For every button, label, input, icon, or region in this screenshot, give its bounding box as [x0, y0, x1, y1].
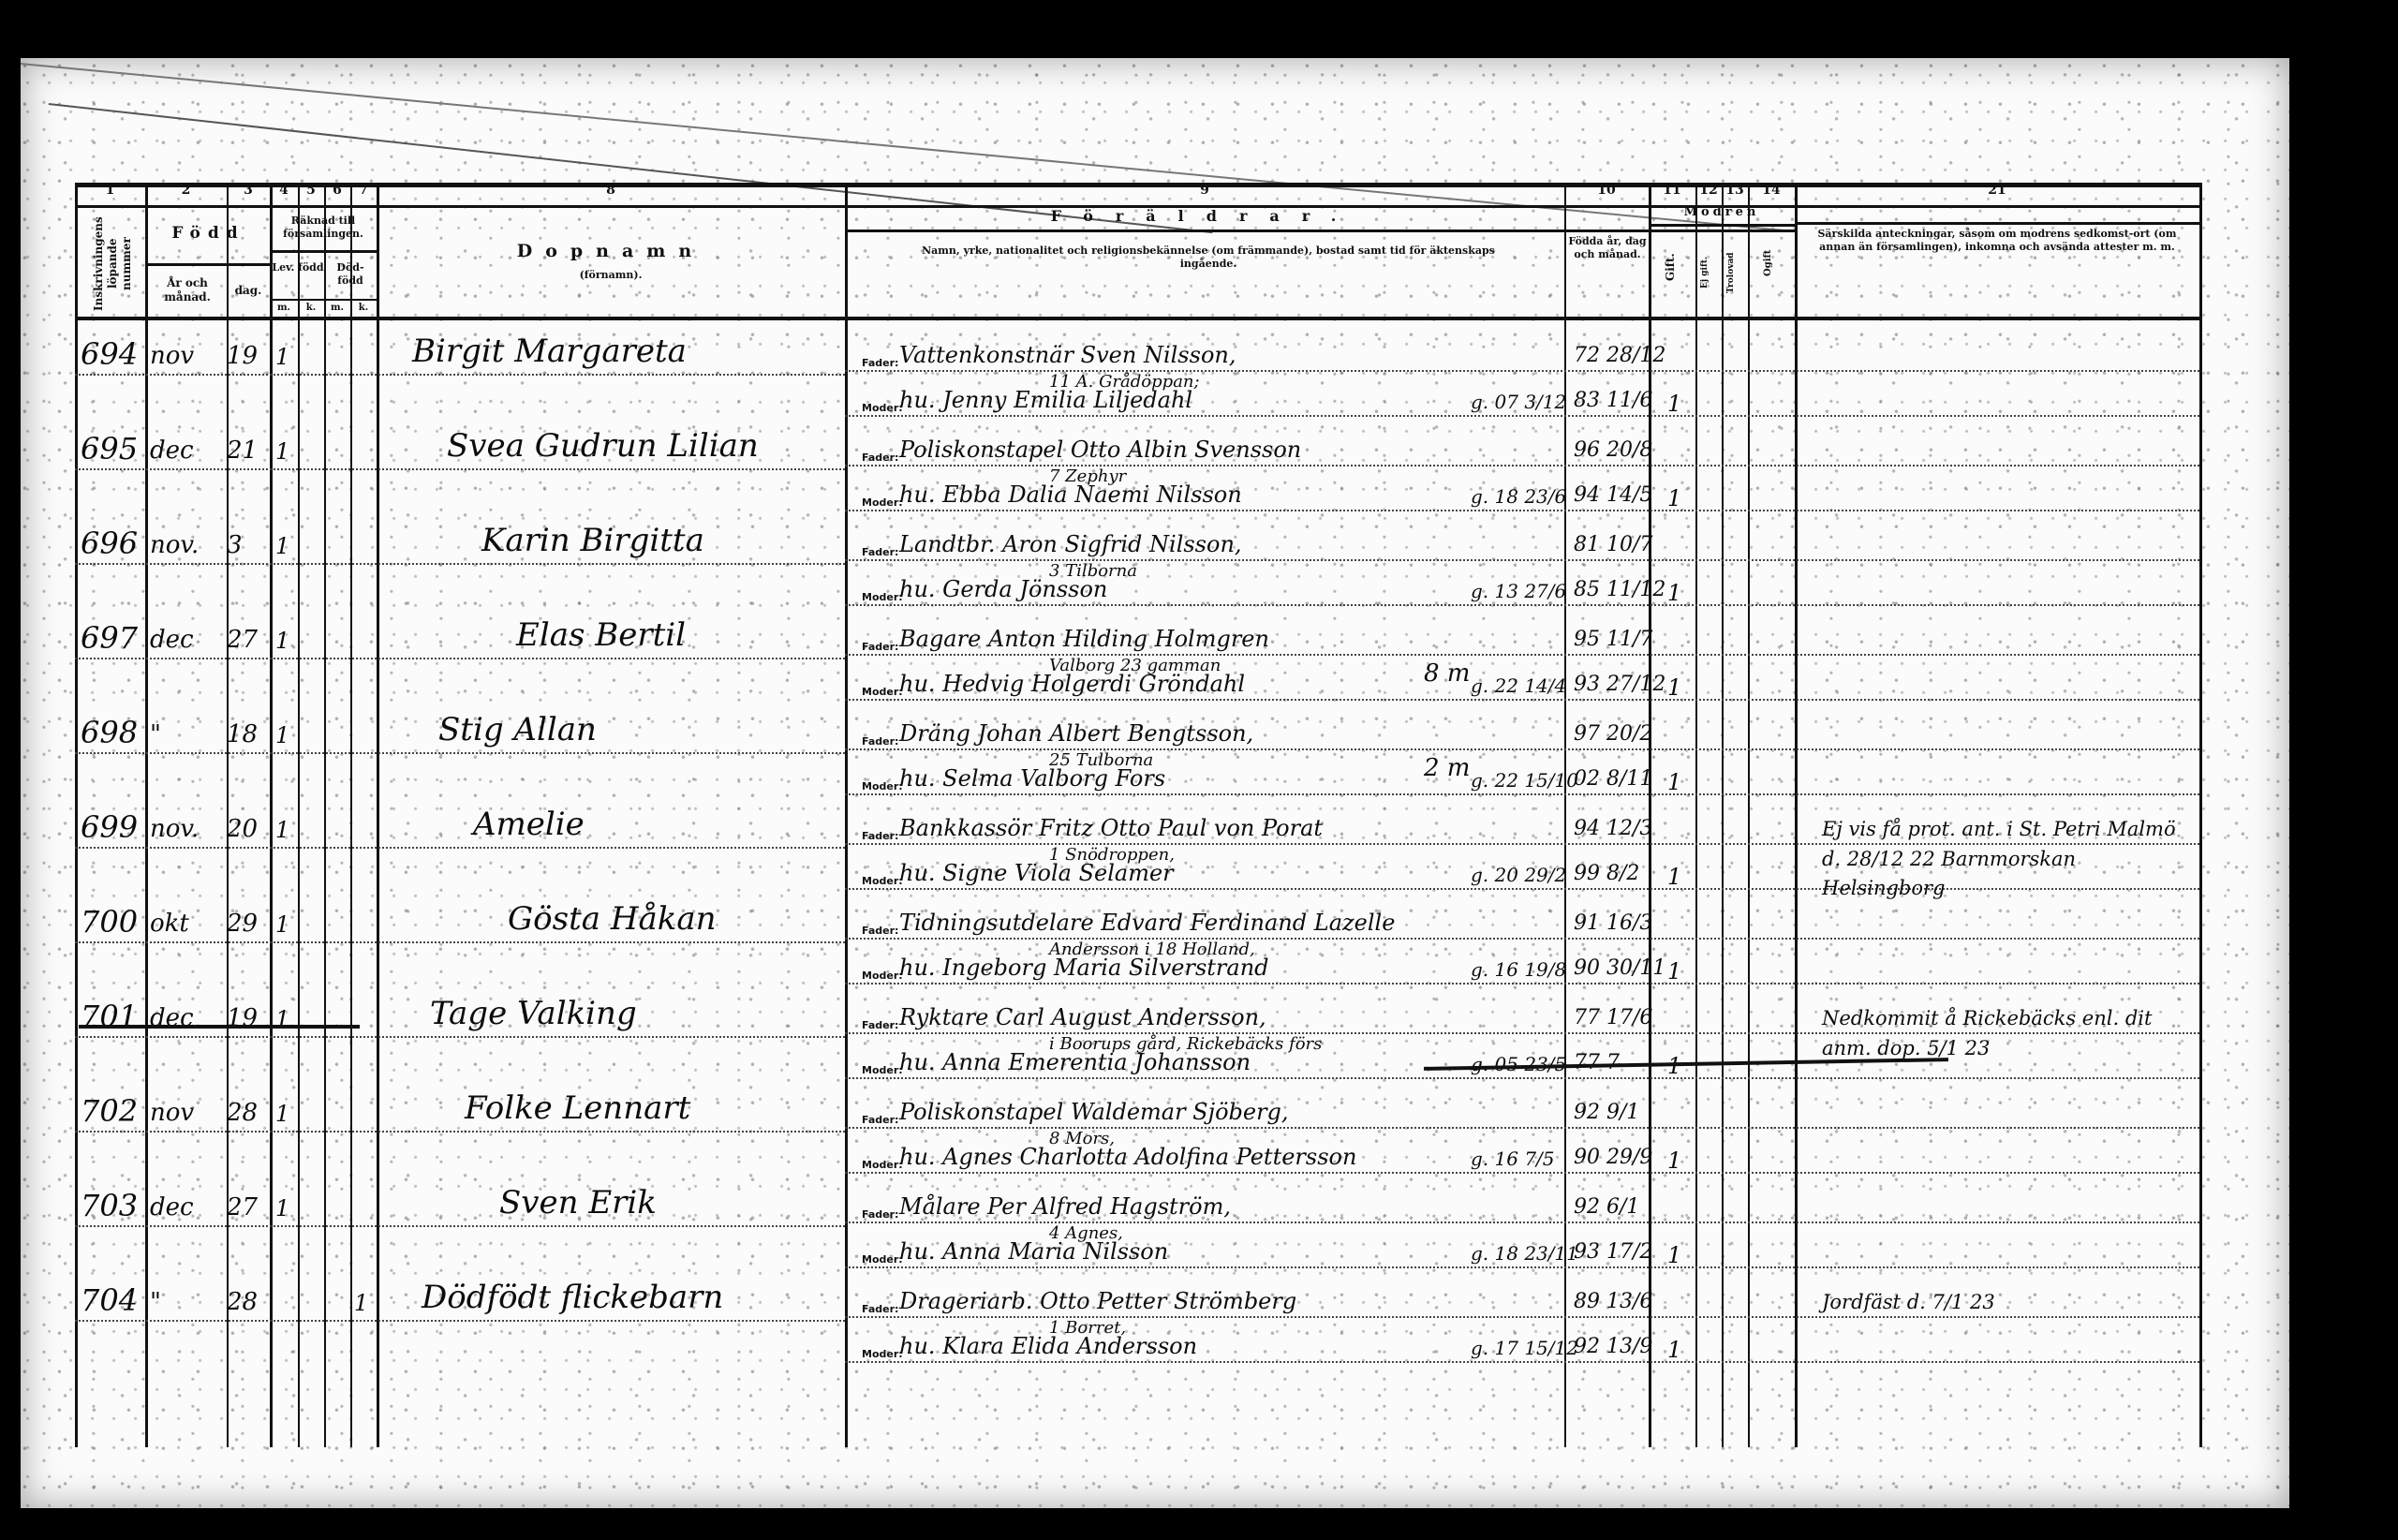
counted-mark: 1 — [275, 911, 289, 938]
entry-number: 700 — [81, 904, 138, 940]
father-baseline — [845, 748, 2199, 750]
col-number: 11 — [1649, 183, 1695, 205]
birth-month: nov — [150, 1099, 194, 1127]
marriage-date: g. 22 14/4 — [1471, 674, 1566, 697]
marriage-date: g. 18 23/11 — [1471, 1242, 1578, 1265]
col-number: 2 — [145, 183, 227, 205]
birth-day: 20 — [227, 815, 258, 843]
header-m: m. — [270, 303, 298, 315]
counted-mark: 1 — [275, 438, 289, 465]
birth-day: 27 — [227, 1193, 258, 1222]
header-subrule — [1795, 222, 2199, 225]
header-bottom-rule — [75, 317, 2201, 320]
father-entry: Ryktare Carl August Andersson, — [899, 1004, 1266, 1030]
counted-mark: 1 — [275, 722, 289, 748]
row-baseline — [75, 658, 845, 659]
father-born: 91 16/3 — [1574, 911, 1652, 935]
header-entry-number: Inskrivningens löpande nummer — [92, 215, 134, 313]
table-row: 702nov281Folke LennartFader:Poliskonstap… — [75, 1089, 2201, 1184]
mother-baseline — [845, 1172, 2199, 1174]
col-number: 1 — [75, 183, 145, 205]
given-names: Gösta Håkan — [508, 900, 717, 938]
birth-day: 18 — [227, 720, 258, 748]
mother-entry: hu. Signe Viola Selamer — [899, 860, 1174, 886]
father-entry: Bankkassör Fritz Otto Paul von Porat — [899, 815, 1323, 841]
birth-day: 19 — [227, 342, 258, 370]
mother-entry: hu. Selma Valborg Fors — [899, 765, 1165, 792]
birth-month: " — [150, 1288, 161, 1316]
given-names: Folke Lennart — [465, 1089, 690, 1127]
margin-mark: 8 m — [1424, 659, 1470, 688]
mother-label: Moder: — [862, 1348, 903, 1360]
mother-entry: hu. Jenny Emilia Liljedahl — [899, 387, 1192, 413]
mother-married-mark: 1 — [1667, 1337, 1681, 1363]
given-names: Amelie — [473, 806, 585, 843]
mother-entry: hu. Anna Maria Nilsson — [899, 1238, 1168, 1265]
header-dag: dag. — [227, 284, 270, 298]
father-baseline — [845, 938, 2199, 940]
father-entry: Bagare Anton Hilding Holmgren — [899, 626, 1269, 652]
mother-entry: hu. Gerda Jönsson — [899, 576, 1107, 602]
father-baseline — [845, 465, 2199, 466]
col-number: 10 — [1564, 183, 1649, 205]
header-k: k. — [350, 303, 377, 315]
mother-label: Moder: — [862, 970, 903, 982]
mother-born: 93 27/12 — [1574, 673, 1665, 696]
table-row: 704"281Dödfödt flickebarnFader:Drageriar… — [75, 1279, 2201, 1373]
entry-number: 699 — [81, 809, 138, 845]
table-row: 699nov.201AmelieFader:Bankkassör Fritz O… — [75, 806, 2201, 900]
mother-label: Moder: — [862, 1253, 903, 1266]
entry-number: 702 — [81, 1093, 138, 1129]
col-number: 7 — [350, 183, 377, 205]
header-m: m. — [324, 303, 350, 315]
header-dodfodd: Död- född — [324, 261, 377, 288]
row-baseline — [75, 941, 845, 943]
mother-baseline — [845, 1266, 2199, 1268]
father-entry: Landtbr. Aron Sigfrid Nilsson, — [899, 531, 1242, 557]
father-baseline — [845, 654, 2199, 656]
mother-baseline — [845, 793, 2199, 795]
header-fodd: Född — [145, 224, 272, 244]
marriage-date: g. 16 7/5 — [1471, 1148, 1555, 1170]
row-baseline — [75, 1225, 845, 1227]
marriage-date: g. 16 19/8 — [1471, 958, 1566, 981]
mother-married-mark: 1 — [1667, 769, 1681, 795]
counted-mark: 1 — [275, 533, 289, 559]
given-names: Dödfödt flickebarn — [422, 1279, 723, 1316]
entry-number: 697 — [81, 620, 138, 656]
mother-married-mark: 1 — [1667, 1242, 1681, 1268]
mother-entry: hu. Ingeborg Maria Silverstrand — [899, 955, 1269, 981]
mother-label: Moder: — [862, 1159, 903, 1171]
header-sarskilda: Särskilda anteckningar, såsom om modrens… — [1808, 228, 2186, 254]
birth-day: 28 — [227, 1099, 258, 1127]
header-gift: Gift. — [1664, 239, 1678, 295]
given-names: Birgit Margareta — [412, 333, 687, 370]
father-label: Fader: — [862, 830, 898, 842]
mother-label: Moder: — [862, 591, 903, 603]
birth-month: dec — [150, 437, 194, 465]
father-entry: Poliskonstapel Otto Albin Svensson — [899, 437, 1301, 463]
father-label: Fader: — [862, 1019, 898, 1031]
table-row: 700okt291Gösta HåkanFader:Tidningsutdela… — [75, 900, 2201, 995]
special-note: Jordfäst d. 7/1 23 — [1822, 1288, 2187, 1318]
counted-mark: 1 — [275, 817, 289, 843]
header-fodda: Födda år, dag och månad. — [1566, 235, 1649, 261]
father-born: 94 12/3 — [1574, 817, 1652, 840]
counted-mark: 1 — [275, 628, 289, 654]
strike-line — [79, 1025, 360, 1029]
father-born: 72 28/12 — [1574, 344, 1665, 367]
col-number: 3 — [227, 183, 270, 205]
mother-born: 93 17/2 — [1574, 1240, 1652, 1264]
entry-number: 696 — [81, 526, 138, 561]
mother-entry: hu. Hedvig Holgerdi Gröndahl — [899, 671, 1245, 697]
mother-married-mark: 1 — [1667, 580, 1681, 606]
table-row: 697dec271Elas BertilFader:Bagare Anton H… — [75, 616, 2201, 711]
given-names: Stig Allan — [438, 711, 597, 748]
mother-married-mark: 1 — [1667, 864, 1681, 890]
mother-born: 90 29/9 — [1574, 1146, 1652, 1169]
mother-born: 99 8/2 — [1574, 862, 1639, 885]
father-born: 92 6/1 — [1574, 1195, 1639, 1219]
birth-month: nov — [150, 342, 194, 370]
mother-married-mark: 1 — [1667, 958, 1681, 985]
col-number: 12 — [1695, 183, 1722, 205]
father-label: Fader: — [862, 452, 898, 464]
col-number: 6 — [324, 183, 350, 205]
marriage-date: g. 18 23/6 — [1471, 485, 1566, 508]
mother-baseline — [845, 604, 2199, 606]
entry-number: 703 — [81, 1188, 138, 1223]
mother-married-mark: 1 — [1667, 485, 1681, 511]
mother-born: 83 11/6 — [1574, 389, 1652, 412]
header-ej-gift: Ej gift. — [1700, 235, 1710, 310]
mother-born: 02 8/11 — [1574, 767, 1652, 791]
row-baseline — [75, 752, 845, 754]
row-baseline — [75, 563, 845, 565]
header-levfodd: Lev. född — [272, 261, 324, 274]
father-label: Fader: — [862, 357, 898, 369]
mother-entry: hu. Agnes Charlotta Adolfina Pettersson — [899, 1144, 1356, 1170]
father-label: Fader: — [862, 1114, 898, 1126]
header-trolovad: Trolovad — [1726, 235, 1737, 310]
father-born: 95 11/7 — [1574, 628, 1652, 651]
mother-entry: hu. Anna Emerentia Johansson — [899, 1049, 1251, 1075]
table-row: 695dec211Svea Gudrun LilianFader:Polisko… — [75, 427, 2201, 522]
header-ar-och-manad: År och månad. — [148, 276, 227, 304]
mother-label: Moder: — [862, 1064, 903, 1076]
margin-mark: 2 m — [1424, 754, 1470, 782]
given-names: Tage Valking — [430, 995, 637, 1032]
row-baseline — [75, 374, 845, 376]
mother-entry: hu. Ebba Dalia Naemi Nilsson — [899, 481, 1242, 508]
birth-month: " — [150, 720, 161, 748]
father-label: Fader: — [862, 1303, 898, 1315]
mother-label: Moder: — [862, 875, 903, 887]
mother-label: Moder: — [862, 496, 903, 509]
entry-number: 701 — [81, 999, 138, 1034]
special-note: Nedkommit å Rickebäcks enl. dit anm. dop… — [1822, 1004, 2187, 1063]
given-names: Sven Erik — [499, 1184, 657, 1222]
entry-number: 704 — [81, 1282, 138, 1318]
father-born: 89 13/6 — [1574, 1290, 1652, 1313]
father-entry: Drageriarb. Otto Petter Strömberg — [899, 1288, 1296, 1314]
header-subrule — [270, 299, 377, 301]
father-born: 97 20/2 — [1574, 722, 1652, 746]
col-number: 8 — [377, 183, 845, 205]
special-note: Ej vis få prot. ant. i St. Petri Malmö d… — [1822, 815, 2187, 904]
father-entry: Tidningsutdelare Edvard Ferdinand Lazell… — [899, 910, 1395, 936]
birth-month: nov. — [150, 531, 199, 559]
counted-mark: 1 — [275, 1195, 289, 1222]
father-entry: Dräng Johan Albert Bengtsson, — [899, 720, 1253, 747]
birth-month: dec — [150, 626, 194, 654]
header-foraldrar-sub: Namn, yrke, nationalitet och religionsbe… — [918, 244, 1499, 271]
father-label: Fader: — [862, 925, 898, 937]
table-row: 698"181Stig AllanFader:Dräng Johan Alber… — [75, 711, 2201, 806]
header-dopnamn: Dopnamn — [377, 241, 845, 263]
father-label: Fader: — [862, 1208, 898, 1221]
mother-label: Moder: — [862, 780, 903, 792]
mother-married-mark: 1 — [1667, 674, 1681, 701]
row-baseline — [75, 1131, 845, 1133]
given-names: Karin Birgitta — [481, 522, 704, 559]
mother-label: Moder: — [862, 402, 903, 414]
header-modren: Modren — [1649, 205, 1795, 220]
birth-month: dec — [150, 1193, 194, 1222]
father-baseline — [845, 559, 2199, 561]
father-label: Fader: — [862, 735, 898, 748]
father-born: 92 9/1 — [1574, 1101, 1639, 1124]
father-entry: Vattenkonstnär Sven Nilsson, — [899, 342, 1236, 368]
register-table: 1 2 3 4 5 6 7 8 9 10 11 12 13 14 21 Insk… — [75, 183, 2201, 1447]
mother-baseline — [845, 983, 2199, 985]
marriage-date: g. 20 29/2 — [1471, 864, 1566, 886]
father-baseline — [845, 1127, 2199, 1129]
father-born: 77 17/6 — [1574, 1006, 1652, 1029]
counted-mark: 1 — [275, 1101, 289, 1127]
header-subrule — [270, 250, 377, 253]
col-number: 5 — [298, 183, 324, 205]
table-row: 701dec191Tage ValkingFader:Ryktare Carl … — [75, 995, 2201, 1089]
father-born: 96 20/8 — [1574, 438, 1652, 462]
header-raknad: Räknad till församlingen. — [270, 215, 377, 241]
given-names: Svea Gudrun Lilian — [447, 427, 759, 465]
row-baseline — [75, 1320, 845, 1322]
mother-born: 92 13/9 — [1574, 1335, 1652, 1358]
birth-day: 3 — [227, 531, 243, 559]
col-number: 21 — [1795, 183, 2199, 205]
father-baseline — [845, 370, 2199, 372]
birth-day: 29 — [227, 910, 258, 938]
marriage-date: g. 07 3/12 — [1471, 391, 1566, 413]
mother-married-mark: 1 — [1667, 1148, 1681, 1174]
entry-number: 694 — [81, 336, 138, 372]
counted-mark: 1 — [354, 1290, 368, 1316]
birth-day: 21 — [227, 437, 258, 465]
header-subrule — [845, 230, 1795, 232]
row-baseline — [75, 847, 845, 849]
birth-month: okt — [150, 910, 189, 938]
mother-label: Moder: — [862, 686, 903, 698]
col-number: 13 — [1722, 183, 1748, 205]
entry-number: 698 — [81, 715, 138, 750]
mother-baseline — [845, 510, 2199, 511]
mother-baseline — [845, 415, 2199, 417]
header-subrule — [1649, 224, 1795, 227]
header-k: k. — [298, 303, 324, 315]
father-born: 81 10/7 — [1574, 533, 1652, 556]
header-ogift: Ogift — [1763, 235, 1775, 291]
birth-day: 27 — [227, 626, 258, 654]
father-entry: Målare Per Alfred Hagström, — [899, 1193, 1231, 1220]
entry-number: 695 — [81, 431, 138, 466]
col-number: 9 — [845, 183, 1564, 205]
mother-born: 90 30/11 — [1574, 956, 1665, 980]
header-subrule — [145, 263, 272, 266]
marriage-date: g. 17 15/12 — [1471, 1337, 1578, 1359]
mother-baseline — [845, 1077, 2199, 1079]
header-foraldrar: Föräldrar. — [845, 207, 1564, 226]
counted-mark: 1 — [275, 344, 289, 370]
marriage-date: g. 13 27/6 — [1471, 580, 1566, 602]
father-label: Fader: — [862, 641, 898, 653]
mother-born: 85 11/12 — [1574, 578, 1665, 601]
table-row: 694nov191Birgit MargaretaFader:Vattenkon… — [75, 333, 2201, 427]
marriage-date: g. 22 15/10 — [1471, 769, 1578, 792]
father-entry: Poliskonstapel Waldemar Sjöberg, — [899, 1099, 1289, 1125]
mother-married-mark: 1 — [1667, 391, 1681, 417]
father-label: Fader: — [862, 546, 898, 558]
father-baseline — [845, 1222, 2199, 1223]
mother-baseline — [845, 699, 2199, 701]
birth-day: 28 — [227, 1288, 258, 1316]
row-baseline — [75, 468, 845, 470]
mother-entry: hu. Klara Elida Andersson — [899, 1333, 1197, 1359]
col-number: 14 — [1748, 183, 1795, 205]
mother-baseline — [845, 1361, 2199, 1363]
table-row: 696nov.31Karin BirgittaFader:Landtbr. Ar… — [75, 522, 2201, 616]
table-row: 703dec271Sven ErikFader:Målare Per Alfre… — [75, 1184, 2201, 1279]
given-names: Elas Bertil — [516, 616, 686, 654]
col-number: 4 — [270, 183, 298, 205]
birth-month: nov. — [150, 815, 199, 843]
header-fornamn: (förnamn). — [377, 269, 845, 282]
mother-born: 94 14/5 — [1574, 483, 1652, 507]
row-baseline — [75, 1036, 845, 1038]
